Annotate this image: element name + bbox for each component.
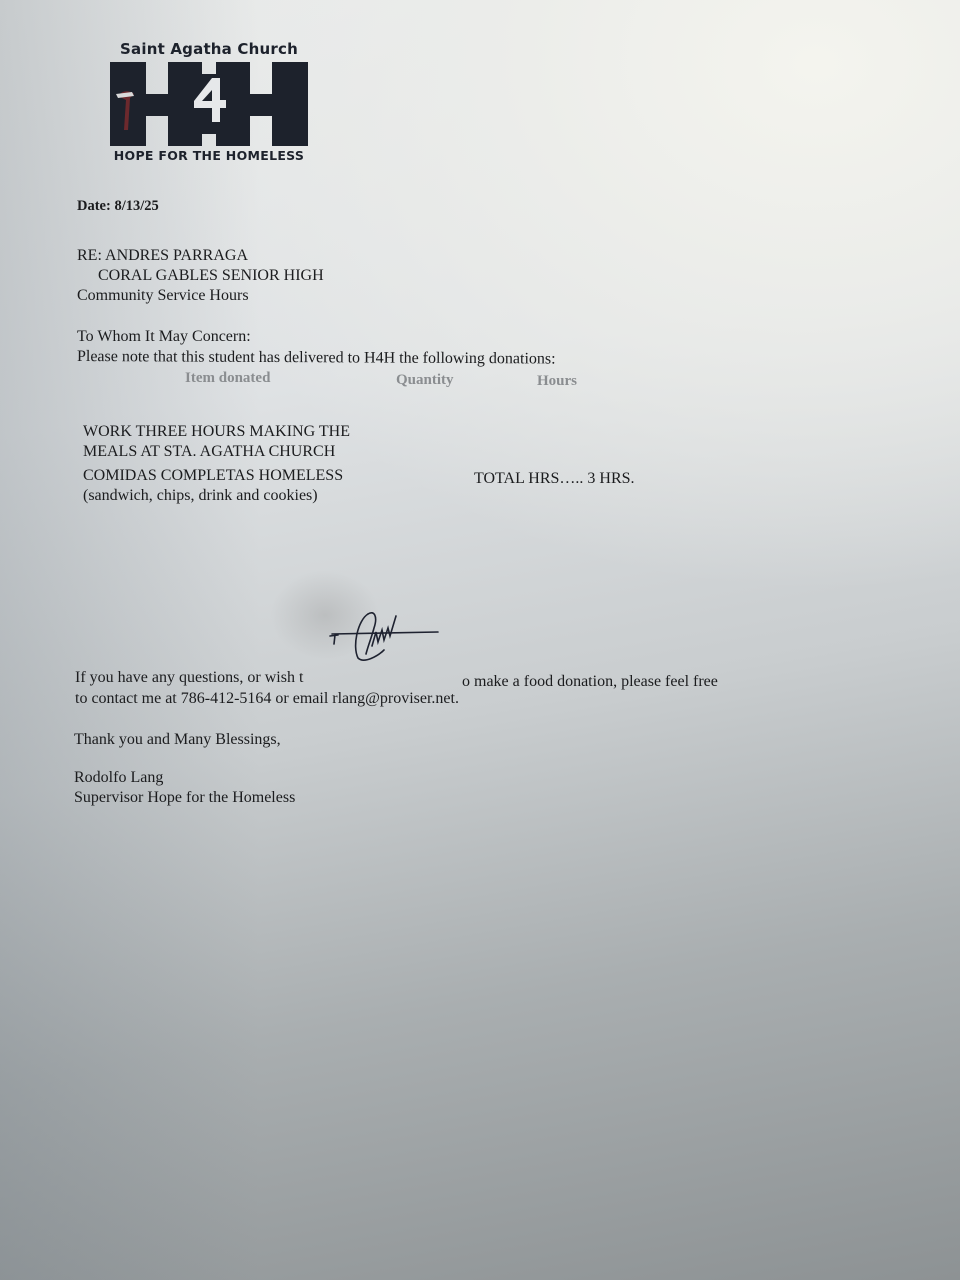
org-name: Saint Agatha Church — [108, 40, 310, 58]
signer-title: Supervisor Hope for the Homeless — [74, 788, 295, 808]
signer-name: Rodolfo Lang — [74, 768, 163, 788]
column-header-quantity: Quantity — [396, 372, 454, 389]
re-school: CORAL GABLES SENIOR HIGH — [98, 266, 324, 286]
column-header-item: Item donated — [185, 370, 270, 387]
org-tagline: HOPE FOR THE HOMELESS — [108, 148, 310, 163]
salutation: To Whom It May Concern: — [77, 327, 251, 347]
h4h-logo-icon — [108, 60, 310, 148]
donation-line: WORK THREE HOURS MAKING THE — [83, 422, 350, 442]
contact-line: to contact me at 786-412-5164 or email r… — [75, 689, 459, 709]
signature-icon — [328, 606, 443, 666]
closing-line-end: o make a food donation, please feel free — [462, 672, 718, 692]
closing-line-start: If you have any questions, or wish t — [75, 668, 303, 688]
column-header-hours: Hours — [537, 373, 577, 390]
re-subject: Community Service Hours — [77, 286, 249, 306]
donation-line: COMIDAS COMPLETAS HOMELESS — [83, 466, 343, 486]
letterhead-logo: Saint Agatha Church HOPE FOR THE HOMELES… — [108, 40, 310, 168]
sign-off: Thank you and Many Blessings, — [74, 730, 281, 750]
paper-shadow — [0, 0, 260, 1280]
intro-sentence: Please note that this student has delive… — [77, 347, 556, 370]
donation-line: (sandwich, chips, drink and cookies) — [83, 486, 318, 506]
total-hours: TOTAL HRS….. 3 HRS. — [474, 469, 635, 489]
letter-date: Date: 8/13/25 — [77, 196, 159, 216]
re-student-name: RE: ANDRES PARRAGA — [77, 246, 248, 266]
donation-line: MEALS AT STA. AGATHA CHURCH — [83, 442, 335, 462]
